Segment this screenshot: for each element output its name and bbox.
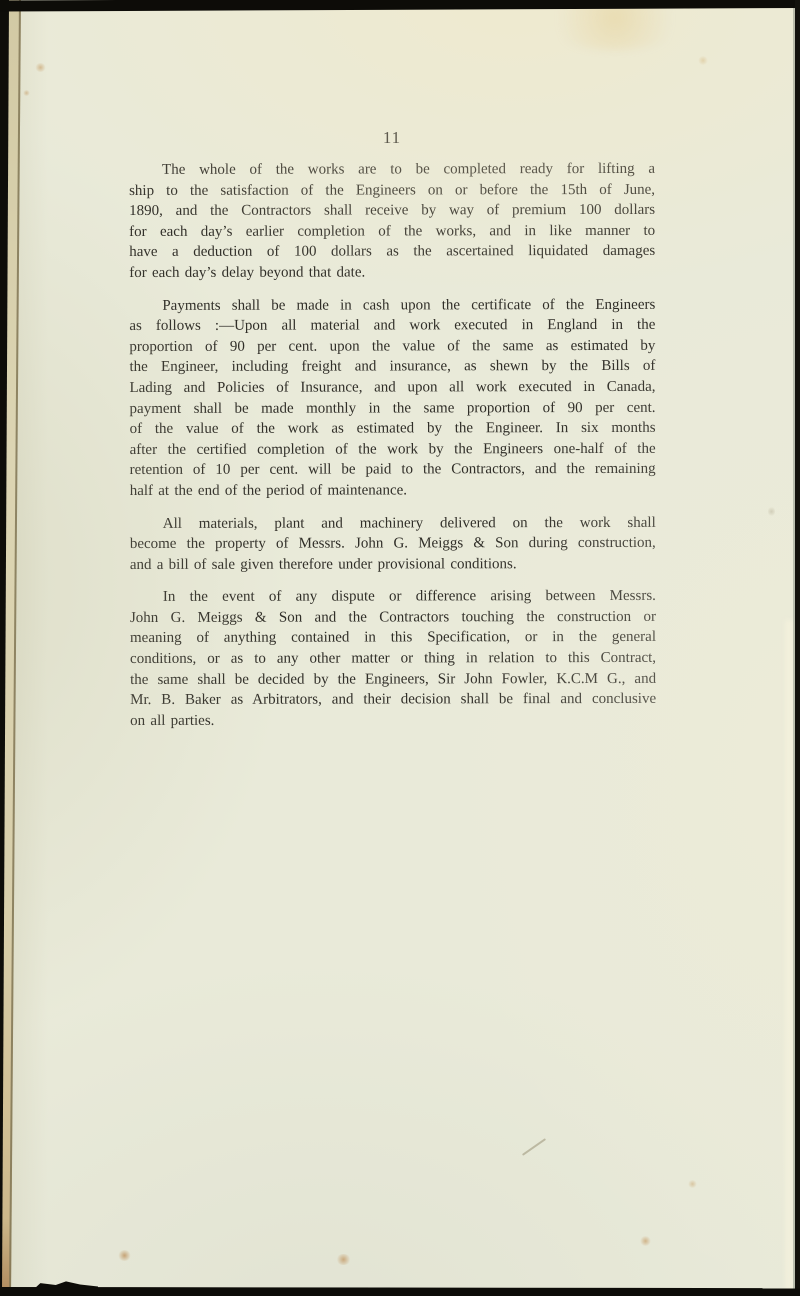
foxing-stain bbox=[688, 1180, 697, 1188]
scanned-page: 11 The whole of the works are to be comp… bbox=[0, 0, 800, 1296]
foxing-stain bbox=[23, 90, 30, 96]
foxing-stain bbox=[118, 1250, 131, 1261]
text-line: John G. Meiggs & Son and the Contractors… bbox=[130, 607, 656, 629]
scan-edge-top bbox=[0, 0, 800, 12]
scan-edge-bottom bbox=[0, 1287, 800, 1296]
text-line: 1890, and the Contractors shall receive … bbox=[129, 200, 655, 222]
foxing-stain bbox=[336, 1254, 351, 1265]
paragraph: The whole of the works are to be complet… bbox=[129, 159, 655, 284]
paragraph: All materials, plant and machinery deliv… bbox=[130, 512, 656, 575]
text-line: as follows :—Upon all material and work … bbox=[129, 315, 655, 337]
text-line: payment shall be made monthly in the sam… bbox=[129, 397, 655, 419]
text-line: become the property of Messrs. John G. M… bbox=[130, 533, 656, 555]
text-line: the same shall be decided by the Enginee… bbox=[130, 669, 656, 691]
paragraph: In the event of any dispute or differenc… bbox=[130, 586, 656, 731]
paragraph: Payments shall be made in cash upon the … bbox=[129, 294, 655, 501]
page-number: 11 bbox=[129, 128, 655, 147]
text-line: Lading and Policies of Insurance, and up… bbox=[129, 377, 655, 399]
text-line: The whole of the works are to be complet… bbox=[129, 159, 655, 181]
text-line: ship to the satisfaction of the Engineer… bbox=[129, 179, 655, 201]
text-line: proportion of 90 per cent. upon the valu… bbox=[129, 336, 655, 358]
text-line: of the value of the work as estimated by… bbox=[130, 418, 656, 440]
scan-edge-right bbox=[795, 0, 800, 1296]
text-line: have a deduction of 100 dollars as the a… bbox=[129, 241, 655, 263]
text-line: after the certified completion of the wo… bbox=[130, 439, 656, 461]
text-line: for each day’s earlier completion of the… bbox=[129, 221, 655, 243]
foxing-stain bbox=[768, 506, 775, 517]
text-line: conditions, or as to any other matter or… bbox=[130, 648, 656, 670]
text-line: Mr. B. Baker as Arbitrators, and their d… bbox=[130, 689, 656, 711]
text-line: the Engineer, including freight and insu… bbox=[129, 356, 655, 378]
text-line: and a bill of sale given therefore under… bbox=[130, 554, 656, 576]
text-line: meaning of anything contained in this Sp… bbox=[130, 627, 656, 649]
text-line: half at the end of the period of mainten… bbox=[130, 480, 656, 502]
scratch-mark bbox=[522, 1138, 546, 1156]
text-line: Payments shall be made in cash upon the … bbox=[129, 294, 655, 316]
foxing-stain bbox=[698, 56, 708, 65]
text-block: The whole of the works are to be complet… bbox=[129, 159, 656, 744]
text-line: In the event of any dispute or differenc… bbox=[130, 586, 656, 608]
text-line: for each day’s delay beyond that date. bbox=[129, 262, 655, 284]
text-line: on all parties. bbox=[130, 710, 656, 732]
text-line: All materials, plant and machinery deliv… bbox=[130, 512, 656, 534]
text-line: retention of 10 per cent. will be paid t… bbox=[130, 459, 656, 481]
foxing-stain bbox=[640, 1236, 651, 1246]
foxing-stain bbox=[35, 63, 46, 72]
